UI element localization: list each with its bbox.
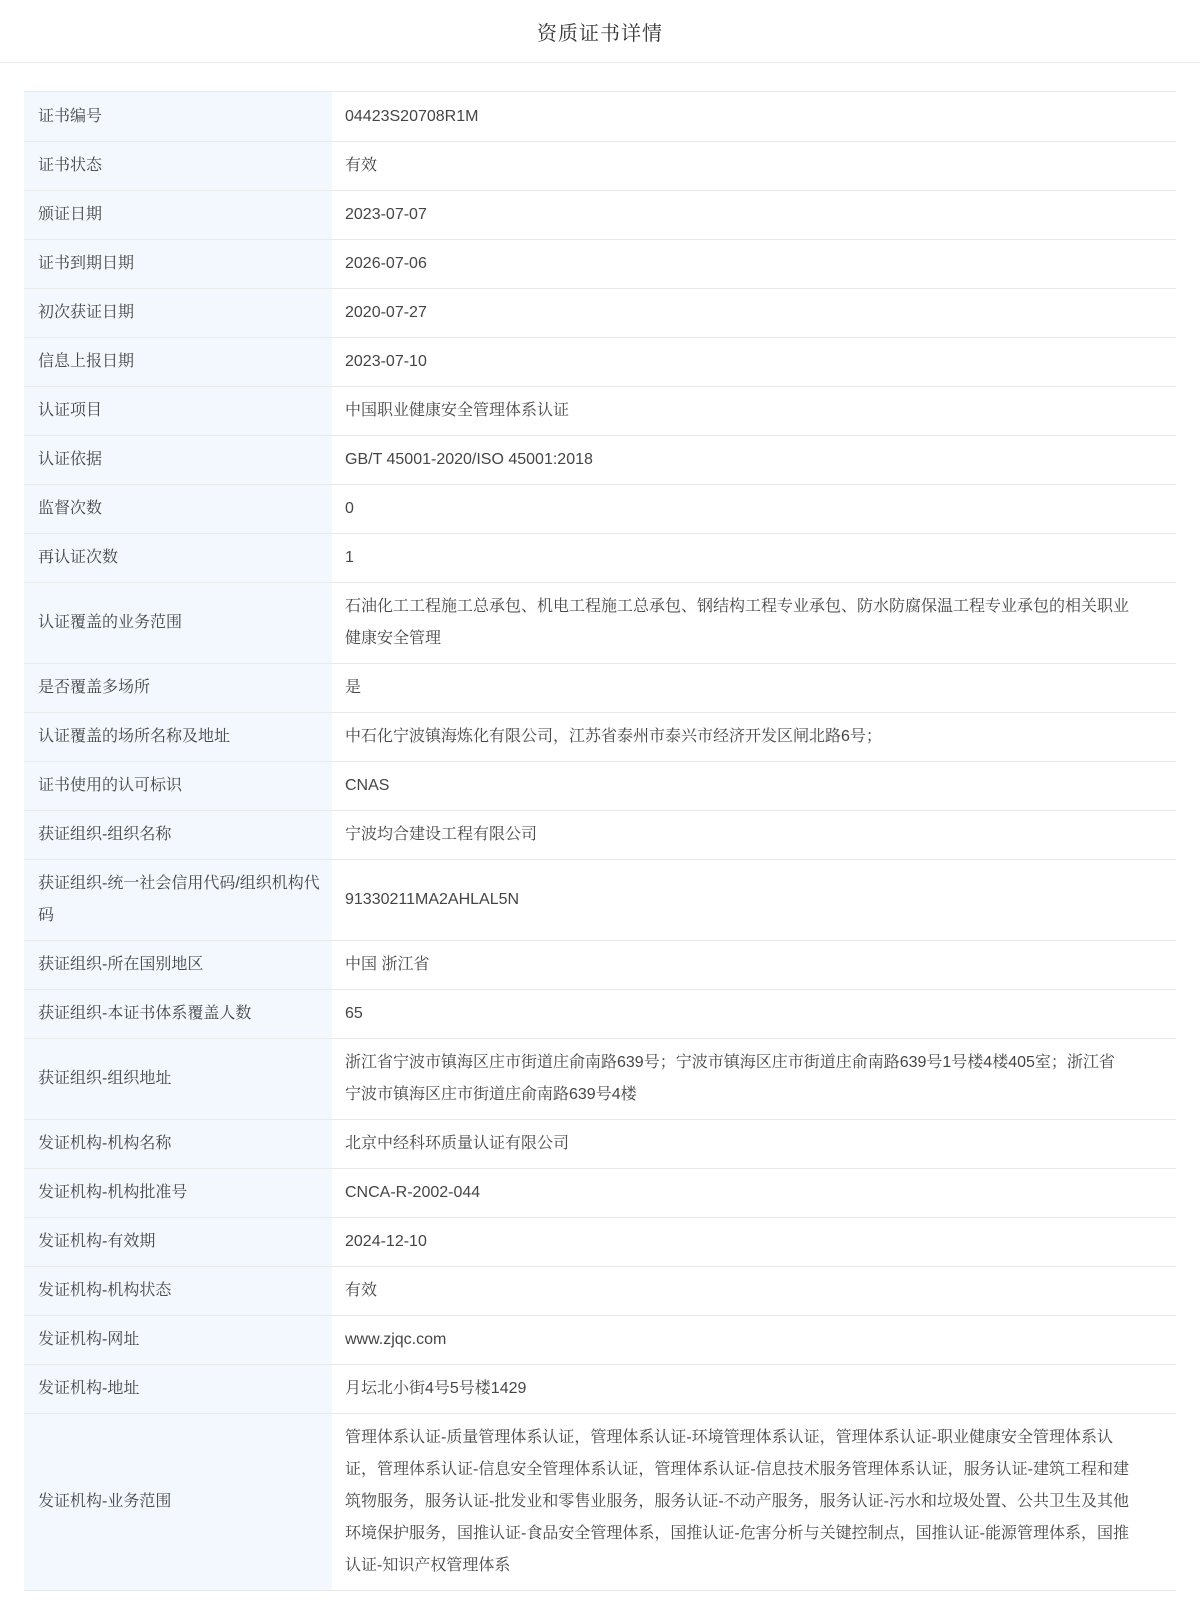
row-label: 证书到期日期 (24, 240, 335, 288)
row-label: 发证机构-机构批准号 (24, 1169, 335, 1217)
row-label: 颁证日期 (24, 191, 335, 239)
row-label: 发证机构-机构状态 (24, 1267, 335, 1315)
table-row: 发证机构-机构名称 北京中经科环质量认证有限公司 (24, 1119, 1176, 1168)
row-label: 获证组织-统一社会信用代码/组织机构代码 (24, 860, 335, 940)
row-label: 获证组织-所在国别地区 (24, 941, 335, 989)
row-value: CNAS (335, 762, 1176, 810)
row-value: 中国 浙江省 (335, 941, 1176, 989)
row-value: 中石化宁波镇海炼化有限公司，江苏省泰州市泰兴市经济开发区闸北路6号； (335, 713, 1176, 761)
row-value: 有效 (335, 142, 1176, 190)
row-value: 是 (335, 664, 1176, 712)
row-label: 认证覆盖的场所名称及地址 (24, 713, 335, 761)
row-label: 是否覆盖多场所 (24, 664, 335, 712)
row-value: 石油化工工程施工总承包、机电工程施工总承包、钢结构工程专业承包、防水防腐保温工程… (335, 583, 1176, 663)
row-value: 0 (335, 485, 1176, 533)
row-value: 2024-12-10 (335, 1218, 1176, 1266)
certificate-table: 证书编号 04423S20708R1M 证书状态 有效 颁证日期 2023-07… (24, 91, 1176, 1591)
row-label: 发证机构-机构名称 (24, 1120, 335, 1168)
table-row: 初次获证日期 2020-07-27 (24, 288, 1176, 337)
table-row: 发证机构-有效期 2024-12-10 (24, 1217, 1176, 1266)
table-row: 认证覆盖的业务范围 石油化工工程施工总承包、机电工程施工总承包、钢结构工程专业承… (24, 582, 1176, 663)
row-value: www.zjqc.com (335, 1316, 1176, 1364)
table-row: 认证依据 GB/T 45001-2020/ISO 45001:2018 (24, 435, 1176, 484)
table-row: 证书编号 04423S20708R1M (24, 92, 1176, 141)
row-value: 2023-07-10 (335, 338, 1176, 386)
table-row: 信息上报日期 2023-07-10 (24, 337, 1176, 386)
table-row: 监督次数 0 (24, 484, 1176, 533)
row-value: GB/T 45001-2020/ISO 45001:2018 (335, 436, 1176, 484)
row-value: 2026-07-06 (335, 240, 1176, 288)
row-label: 发证机构-地址 (24, 1365, 335, 1413)
row-value: 有效 (335, 1267, 1176, 1315)
row-label: 获证组织-组织名称 (24, 811, 335, 859)
table-row: 获证组织-组织名称 宁波均合建设工程有限公司 (24, 810, 1176, 859)
row-label: 初次获证日期 (24, 289, 335, 337)
row-value: 宁波均合建设工程有限公司 (335, 811, 1176, 859)
table-row: 认证覆盖的场所名称及地址 中石化宁波镇海炼化有限公司，江苏省泰州市泰兴市经济开发… (24, 712, 1176, 761)
page-title: 资质证书详情 (0, 17, 1200, 46)
row-label: 证书使用的认可标识 (24, 762, 335, 810)
row-label: 发证机构-业务范围 (24, 1414, 335, 1590)
table-row: 证书到期日期 2026-07-06 (24, 239, 1176, 288)
row-label: 认证依据 (24, 436, 335, 484)
table-row: 获证组织-统一社会信用代码/组织机构代码 91330211MA2AHLAL5N (24, 859, 1176, 940)
row-value: 管理体系认证-质量管理体系认证，管理体系认证-环境管理体系认证，管理体系认证-职… (335, 1414, 1176, 1590)
table-row: 发证机构-业务范围 管理体系认证-质量管理体系认证，管理体系认证-环境管理体系认… (24, 1413, 1176, 1590)
table-row: 证书状态 有效 (24, 141, 1176, 190)
row-label: 证书编号 (24, 92, 335, 141)
row-value: 2020-07-27 (335, 289, 1176, 337)
row-label: 认证覆盖的业务范围 (24, 583, 335, 663)
table-row: 是否覆盖多场所 是 (24, 663, 1176, 712)
table-row: 再认证次数 1 (24, 533, 1176, 582)
certificate-detail-page: 资质证书详情 证书编号 04423S20708R1M 证书状态 有效 颁证日期 … (0, 0, 1200, 1591)
row-label: 获证组织-组织地址 (24, 1039, 335, 1119)
row-value: CNCA-R-2002-044 (335, 1169, 1176, 1217)
row-label: 再认证次数 (24, 534, 335, 582)
row-label: 认证项目 (24, 387, 335, 435)
table-row: 发证机构-机构状态 有效 (24, 1266, 1176, 1315)
table-row: 颁证日期 2023-07-07 (24, 190, 1176, 239)
table-row: 证书使用的认可标识 CNAS (24, 761, 1176, 810)
row-label: 信息上报日期 (24, 338, 335, 386)
row-label: 证书状态 (24, 142, 335, 190)
table-row: 获证组织-所在国别地区 中国 浙江省 (24, 940, 1176, 989)
row-value: 中国职业健康安全管理体系认证 (335, 387, 1176, 435)
row-label: 监督次数 (24, 485, 335, 533)
row-label: 发证机构-有效期 (24, 1218, 335, 1266)
table-row: 获证组织-本证书体系覆盖人数 65 (24, 989, 1176, 1038)
row-value: 1 (335, 534, 1176, 582)
table-row: 发证机构-机构批准号 CNCA-R-2002-044 (24, 1168, 1176, 1217)
page-header: 资质证书详情 (0, 0, 1200, 63)
table-row: 认证项目 中国职业健康安全管理体系认证 (24, 386, 1176, 435)
row-label: 发证机构-网址 (24, 1316, 335, 1364)
row-value: 04423S20708R1M (335, 92, 1176, 141)
table-row: 发证机构-网址 www.zjqc.com (24, 1315, 1176, 1364)
row-value: 月坛北小街4号5号楼1429 (335, 1365, 1176, 1413)
table-row: 发证机构-地址 月坛北小街4号5号楼1429 (24, 1364, 1176, 1413)
row-value: 北京中经科环质量认证有限公司 (335, 1120, 1176, 1168)
row-value: 65 (335, 990, 1176, 1038)
row-value: 浙江省宁波市镇海区庄市街道庄俞南路639号；宁波市镇海区庄市街道庄俞南路639号… (335, 1039, 1176, 1119)
row-label: 获证组织-本证书体系覆盖人数 (24, 990, 335, 1038)
row-value: 2023-07-07 (335, 191, 1176, 239)
row-value: 91330211MA2AHLAL5N (335, 860, 1176, 940)
table-row: 获证组织-组织地址 浙江省宁波市镇海区庄市街道庄俞南路639号；宁波市镇海区庄市… (24, 1038, 1176, 1119)
